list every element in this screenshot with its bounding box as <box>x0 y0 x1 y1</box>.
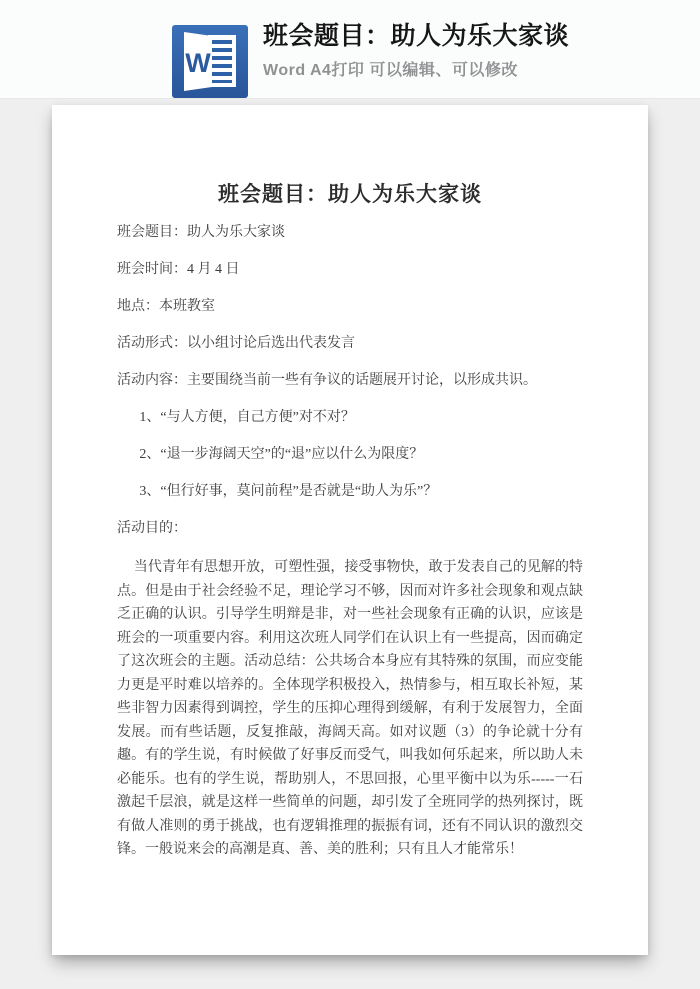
document-body: 班会题目：助人为乐大家谈 班会时间：4 月 4 日 地点：本班教室 活动形式：以… <box>52 223 648 862</box>
meta-line-time: 班会时间：4 月 4 日 <box>117 260 583 280</box>
document-page: 班会题目：助人为乐大家谈 班会题目：助人为乐大家谈 班会时间：4 月 4 日 地… <box>52 105 648 955</box>
question-item-3: 3、“但行好事，莫问前程”是否就是“助人为乐”？ <box>117 482 583 502</box>
meta-line-topic: 班会题目：助人为乐大家谈 <box>117 223 583 243</box>
purpose-label: 活动目的： <box>117 519 583 539</box>
header: W 班会题目：助人为乐大家谈 Word A4打印 可以编辑、可以修改 <box>0 0 700 99</box>
meta-line-place: 地点：本班教室 <box>117 297 583 317</box>
word-icon: W <box>172 25 248 98</box>
document-title: 班会题目：助人为乐大家谈 <box>52 105 648 209</box>
word-icon-letter: W <box>185 48 211 78</box>
page-background: W 班会题目：助人为乐大家谈 Word A4打印 可以编辑、可以修改 班会题目：… <box>0 0 700 989</box>
header-title: 班会题目：助人为乐大家谈 <box>263 20 569 52</box>
meta-line-content: 活动内容：主要围绕当前一些有争议的话题展开讨论，以形成共识。 <box>117 371 583 391</box>
question-item-2: 2、“退一步海阔天空”的“退”应以什么为限度？ <box>117 445 583 465</box>
header-subtitle: Word A4打印 可以编辑、可以修改 <box>263 60 518 82</box>
meta-line-format: 活动形式：以小组讨论后选出代表发言 <box>117 334 583 354</box>
summary-paragraph: 当代青年有思想开放，可塑性强，接受事物快，敢于发表自己的见解的特点。但是由于社会… <box>117 556 583 862</box>
question-item-1: 1、“与人方便，自己方便”对不对？ <box>117 408 583 428</box>
